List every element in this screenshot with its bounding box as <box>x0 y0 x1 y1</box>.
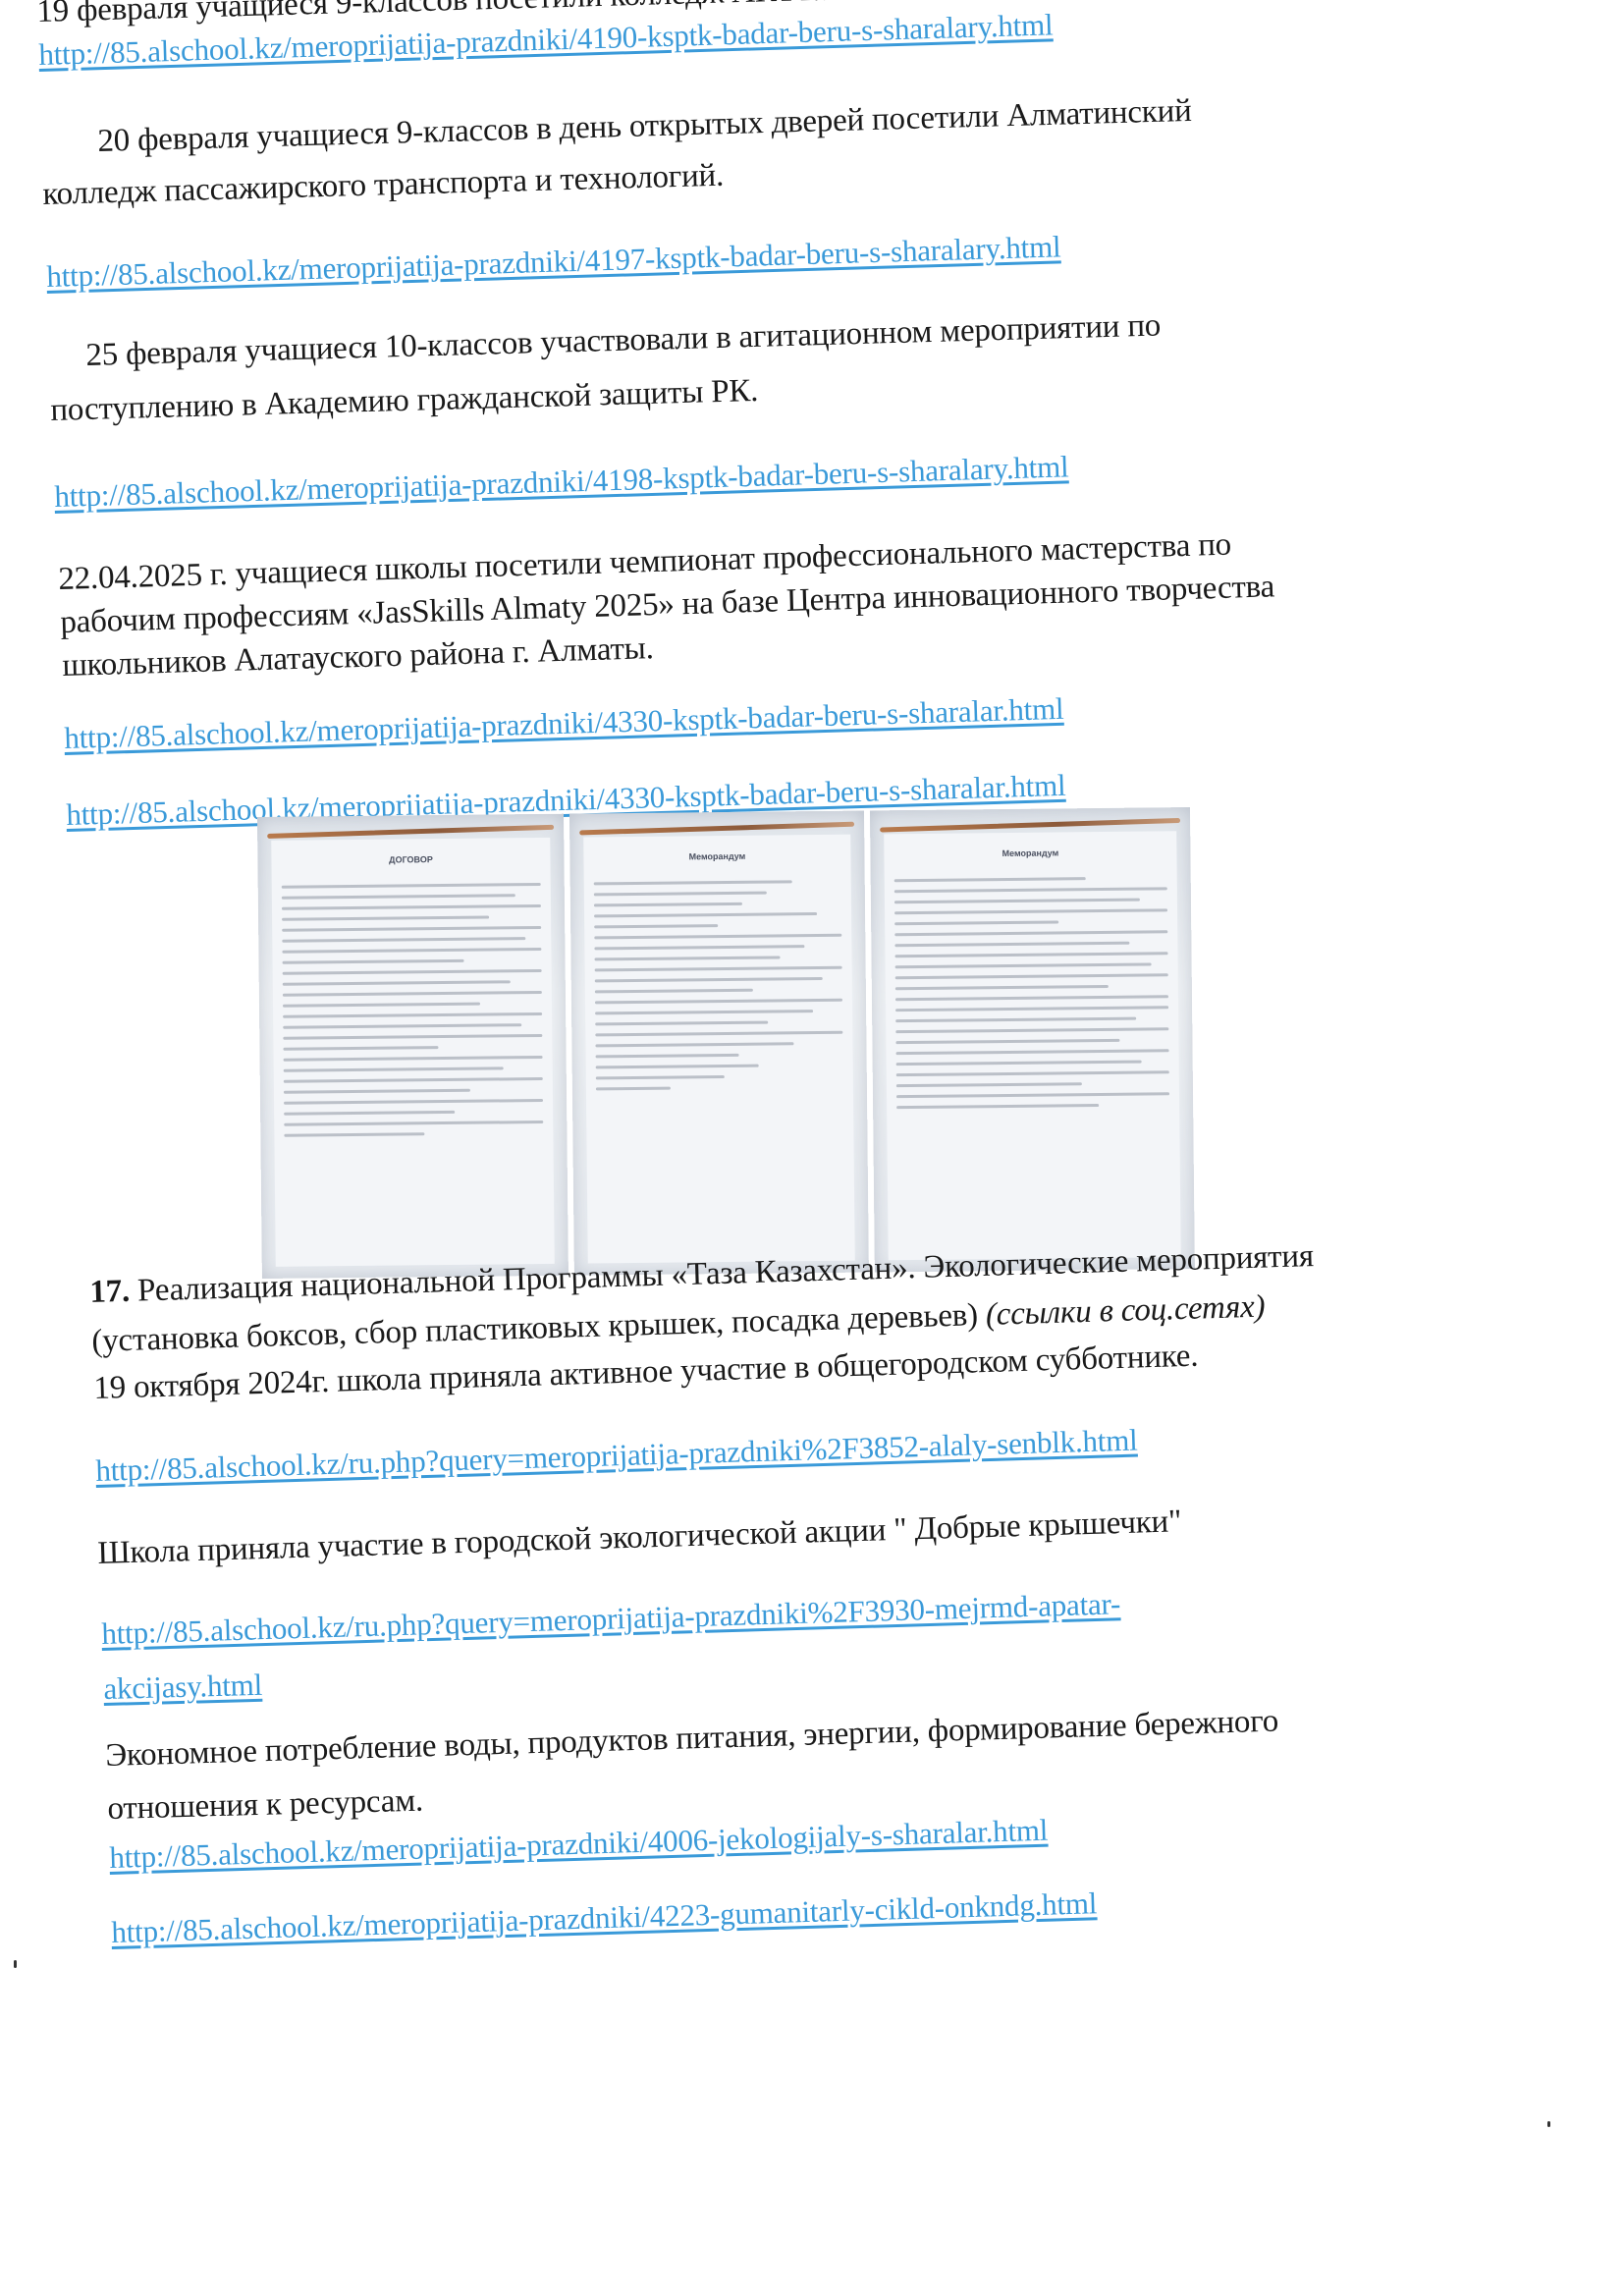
link-3930-part1[interactable]: http://85.alschool.kz/ru.php?query=merop… <box>101 1584 1121 1654</box>
link-4330-first[interactable]: http://85.alschool.kz/meroprijatija-praz… <box>64 689 1064 758</box>
link-4223[interactable]: http://85.alschool.kz/meroprijatija-praz… <box>111 1884 1098 1952</box>
paragraph-economy-line2: отношения к ресурсам. <box>107 1781 423 1829</box>
scan-speck <box>14 1960 17 1968</box>
link-3930-part2[interactable]: akcijasy.html <box>103 1666 263 1709</box>
link-3852[interactable]: http://85.alschool.kz/ru.php?query=merop… <box>95 1421 1138 1491</box>
photo-text-rows <box>594 880 845 1246</box>
photo-text-rows <box>894 876 1171 1242</box>
photo-edge <box>579 822 854 836</box>
paragraph-feb20-line1: 20 февраля учащиеся 9-классов в день отк… <box>97 91 1192 161</box>
photo-edge <box>880 818 1180 833</box>
photo-memorandum-document: Меморандум <box>870 807 1195 1272</box>
paragraph-good-caps: Школа приняла участие в городской эколог… <box>97 1502 1182 1573</box>
document-photos-strip: ДОГОВОР Меморандум <box>257 807 1195 1279</box>
link-4198[interactable]: http://85.alschool.kz/meroprijatija-praz… <box>54 447 1069 517</box>
paragraph-feb20-line2: колледж пассажирского транспорта и техно… <box>42 156 725 214</box>
paragraph-economy-line1: Экономное потребление воды, продуктов пи… <box>105 1702 1279 1776</box>
photo-questionnaire-document: Меморандум <box>569 811 869 1276</box>
paragraph-feb25-line1: 25 февраля учащиеся 10-классов участвова… <box>85 305 1162 375</box>
photo-edge <box>267 825 554 839</box>
social-links-note: (ссылки в соц.сетях) <box>985 1289 1265 1333</box>
photo-contract-document: ДОГОВОР <box>257 814 568 1279</box>
scanned-document-page: 19 февраля учащиеся 9-классов посетили к… <box>0 0 1624 2296</box>
photo-text-rows <box>282 883 545 1249</box>
scan-speck <box>1547 2121 1550 2127</box>
link-4197[interactable]: http://85.alschool.kz/meroprijatija-praz… <box>46 227 1061 297</box>
paragraph-feb25-line2: поступлению в Академию гражданской защит… <box>50 371 759 430</box>
section-number: 17. <box>89 1274 131 1310</box>
